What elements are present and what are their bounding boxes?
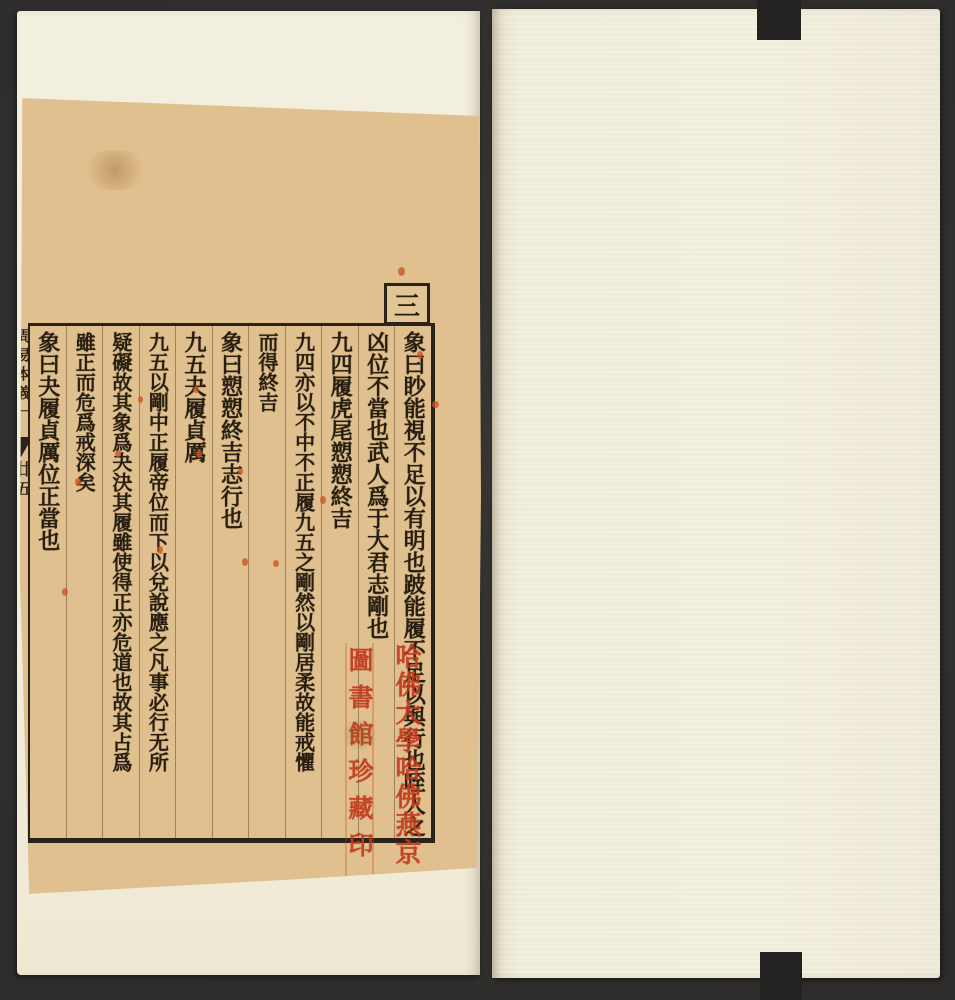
thumb-tab-label: 三 [394, 286, 420, 323]
vermilion-mark [320, 496, 326, 504]
text-column-7: 九五夬履貞厲 [175, 326, 212, 838]
text-column-9: 疑礙故其象爲夬決其履雖使得正亦危道也故其占爲 [102, 326, 139, 838]
vermilion-mark [193, 386, 199, 393]
vermilion-mark [432, 401, 439, 408]
library-seal: 圖書館珍藏印 哈佛大學哈佛燕京 [345, 643, 419, 885]
vermilion-mark [62, 588, 68, 596]
vermilion-mark [398, 267, 405, 276]
vermilion-mark [242, 558, 248, 566]
thumb-tab: 三 [384, 283, 430, 325]
vermilion-mark [157, 546, 163, 554]
seal-left-column: 圖書館珍藏印 [345, 643, 374, 885]
vermilion-mark [273, 560, 279, 567]
text-column-6: 象曰愬愬終吉志行也 [212, 326, 249, 838]
text-column-4: 九四亦以不中不正履九五之剛然以剛居柔故能戒懼 [285, 326, 322, 838]
fishtail-icon [13, 437, 29, 457]
printed-leaf: 三 周易本義一 廿五 象曰眇能視不足以有明也跛能履不足以與行也咥人之 凶位不當也… [20, 90, 481, 902]
vermilion-mark [115, 450, 121, 457]
vermilion-mark [196, 450, 202, 458]
foxing-stain [340, 720, 380, 750]
text-column-8: 九五以剛中正履帝位而下以兌說應之凡事必行无所 [139, 326, 176, 838]
vermilion-mark [238, 468, 243, 475]
foxing-stain [80, 150, 150, 190]
vermilion-mark [75, 478, 81, 486]
text-column-10: 雖正而危爲戒深矣 [66, 326, 103, 838]
spine-gap-top [757, 0, 801, 40]
seal-right-column: 哈佛大學哈佛燕京 [393, 643, 419, 885]
text-column-5: 而得終吉 [248, 326, 285, 838]
vermilion-mark [138, 396, 143, 403]
spine-gap-bottom [760, 952, 802, 1000]
blank-facing-page [492, 9, 940, 978]
vermilion-mark [417, 351, 423, 359]
text-column-11: 象曰夬履貞厲位正當也 [30, 326, 66, 838]
